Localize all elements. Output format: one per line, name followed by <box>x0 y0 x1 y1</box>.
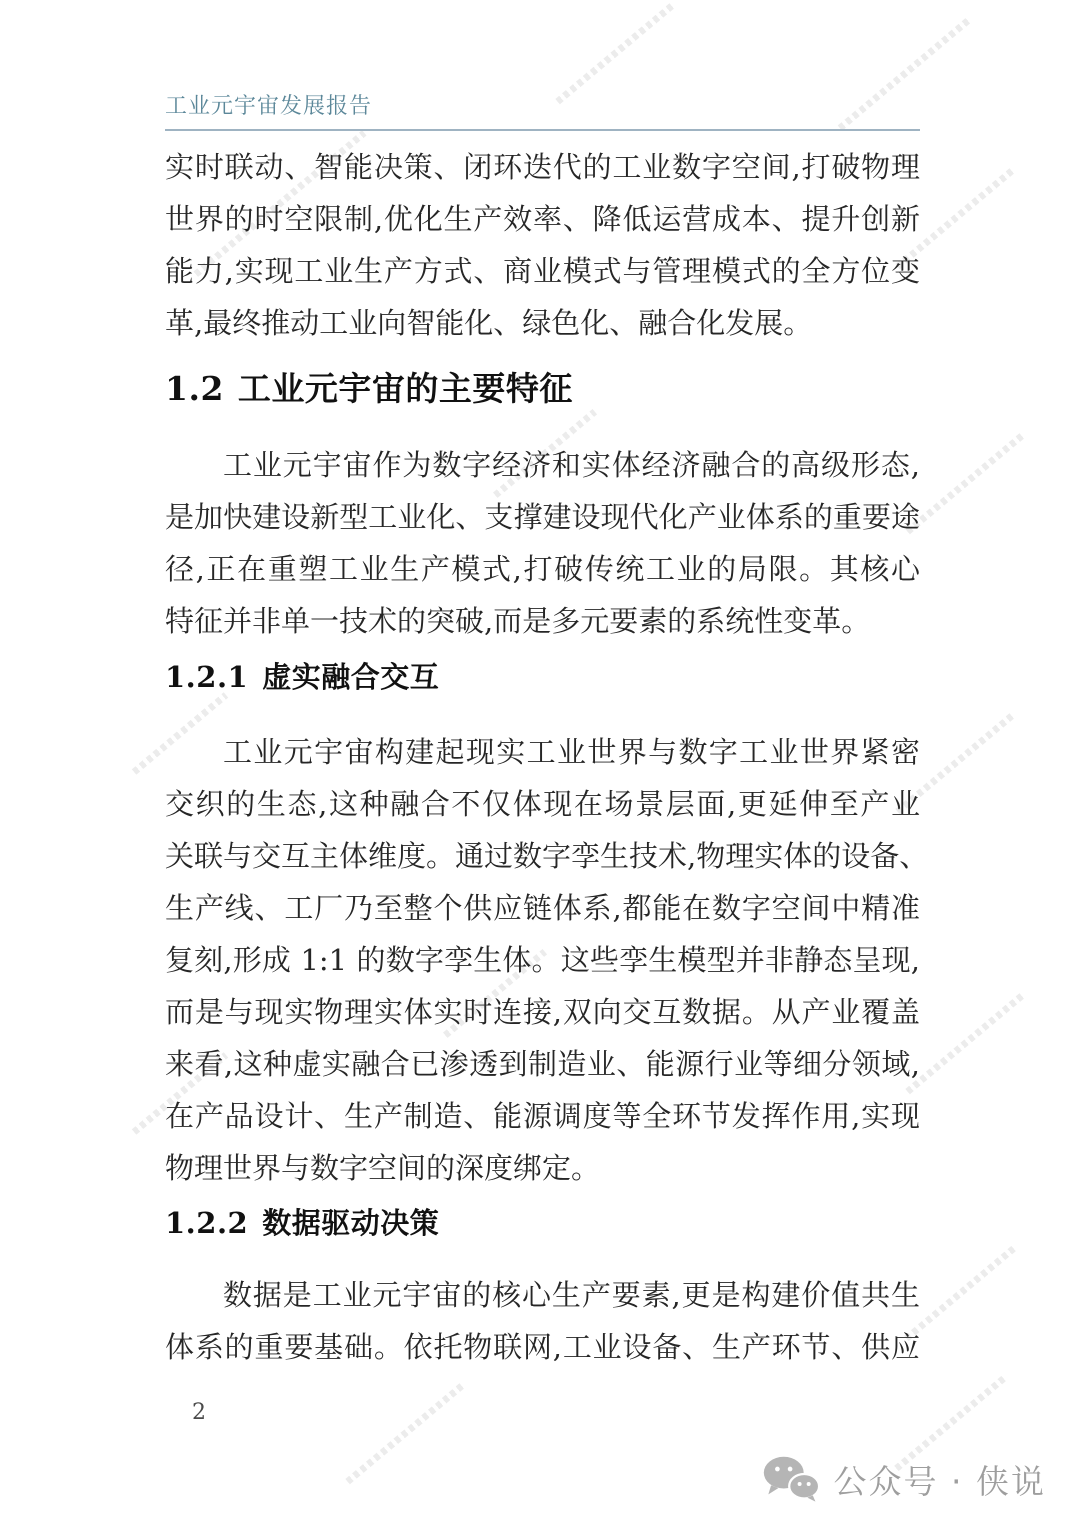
text-line: 来看,这种虚实融合已渗透到制造业、能源行业等细分领域, <box>165 1038 920 1090</box>
paragraph-data-driven: 数据是工业元宇宙的核心生产要素,更是构建价值共生 体系的重要基础。依托物联网,工… <box>165 1269 920 1373</box>
text-line: 能力,实现工业生产方式、商业模式与管理模式的全方位变 <box>165 245 920 297</box>
footer-brand: 公众号 · 侠说 <box>762 1455 1046 1503</box>
report-page: 工业元宇宙发展报告 实时联动、智能决策、闭环迭代的工业数字空间,打破物理 世界的… <box>0 0 1080 1527</box>
text-line: 交织的生态,这种融合不仅体现在场景层面,更延伸至产业 <box>165 778 920 830</box>
text-line: 复刻,形成 1:1 的数字孪生体。这些孪生模型并非静态呈现, <box>165 934 920 986</box>
text-line: 物理世界与数字空间的深度绑定。 <box>165 1142 920 1194</box>
text-line: 径,正在重塑工业生产模式,打破传统工业的局限。其核心 <box>165 543 920 595</box>
brand-text: 公众号 · 侠说 <box>834 1456 1046 1503</box>
text-line: 特征并非单一技术的突破,而是多元要素的系统性变革。 <box>165 595 920 647</box>
page-body: 实时联动、智能决策、闭环迭代的工业数字空间,打破物理 世界的时空限制,优化生产效… <box>165 141 920 1373</box>
section-heading-1-2: 1.2工业元宇宙的主要特征 <box>165 367 920 411</box>
heading-text: 数据驱动决策 <box>262 1206 439 1240</box>
watermark <box>905 993 1024 1095</box>
text-line: 而是与现实物理实体实时连接,双向交互数据。从产业覆盖 <box>165 986 920 1038</box>
paragraph-intro: 实时联动、智能决策、闭环迭代的工业数字空间,打破物理 世界的时空限制,优化生产效… <box>165 141 920 349</box>
running-header: 工业元宇宙发展报告 <box>165 96 920 131</box>
heading-number: 1.2.2 <box>165 1206 248 1240</box>
paragraph-fusion: 工业元宇宙构建起现实工业世界与数字工业世界紧密 交织的生态,这种融合不仅体现在场… <box>165 726 920 1194</box>
text-line: 世界的时空限制,优化生产效率、降低运营成本、提升创新 <box>165 193 920 245</box>
heading-number: 1.2.1 <box>165 660 248 694</box>
text-line: 革,最终推动工业向智能化、绿色化、融合化发展。 <box>165 297 920 349</box>
text-line: 关联与交互主体维度。通过数字孪生技术,物理实体的设备、 <box>165 830 920 882</box>
text-line: 体系的重要基础。依托物联网,工业设备、生产环节、供应 <box>165 1321 920 1373</box>
report-title: 工业元宇宙发展报告 <box>165 96 920 118</box>
watermark <box>555 3 674 105</box>
heading-text: 虚实融合交互 <box>262 660 439 694</box>
text-line: 工业元宇宙作为数字经济和实体经济融合的高级形态, <box>165 439 920 491</box>
wechat-icon <box>762 1455 820 1503</box>
text-line: 工业元宇宙构建起现实工业世界与数字工业世界紧密 <box>165 726 920 778</box>
text-line: 实时联动、智能决策、闭环迭代的工业数字空间,打破物理 <box>165 141 920 193</box>
watermark <box>904 1246 1016 1341</box>
text-line: 数据是工业元宇宙的核心生产要素,更是构建价值共生 <box>165 1269 920 1321</box>
text-line: 是加快建设新型工业化、支撑建设现代化产业体系的重要途 <box>165 491 920 543</box>
watermark <box>905 433 1024 535</box>
text-line: 生产线、工厂乃至整个供应链体系,都能在数字空间中精准 <box>165 882 920 934</box>
section-heading-1-2-1: 1.2.1虚实融合交互 <box>165 655 920 699</box>
heading-text: 工业元宇宙的主要特征 <box>238 369 573 408</box>
header-divider <box>165 129 920 131</box>
text-line: 在产品设计、生产制造、能源调度等全环节发挥作用,实现 <box>165 1090 920 1142</box>
heading-number: 1.2 <box>165 369 224 408</box>
page-number: 2 <box>192 1400 206 1425</box>
watermark <box>345 1383 464 1485</box>
section-heading-1-2-2: 1.2.2数据驱动决策 <box>165 1201 920 1245</box>
paragraph-features-intro: 工业元宇宙作为数字经济和实体经济融合的高级形态, 是加快建设新型工业化、支撑建设… <box>165 439 920 647</box>
